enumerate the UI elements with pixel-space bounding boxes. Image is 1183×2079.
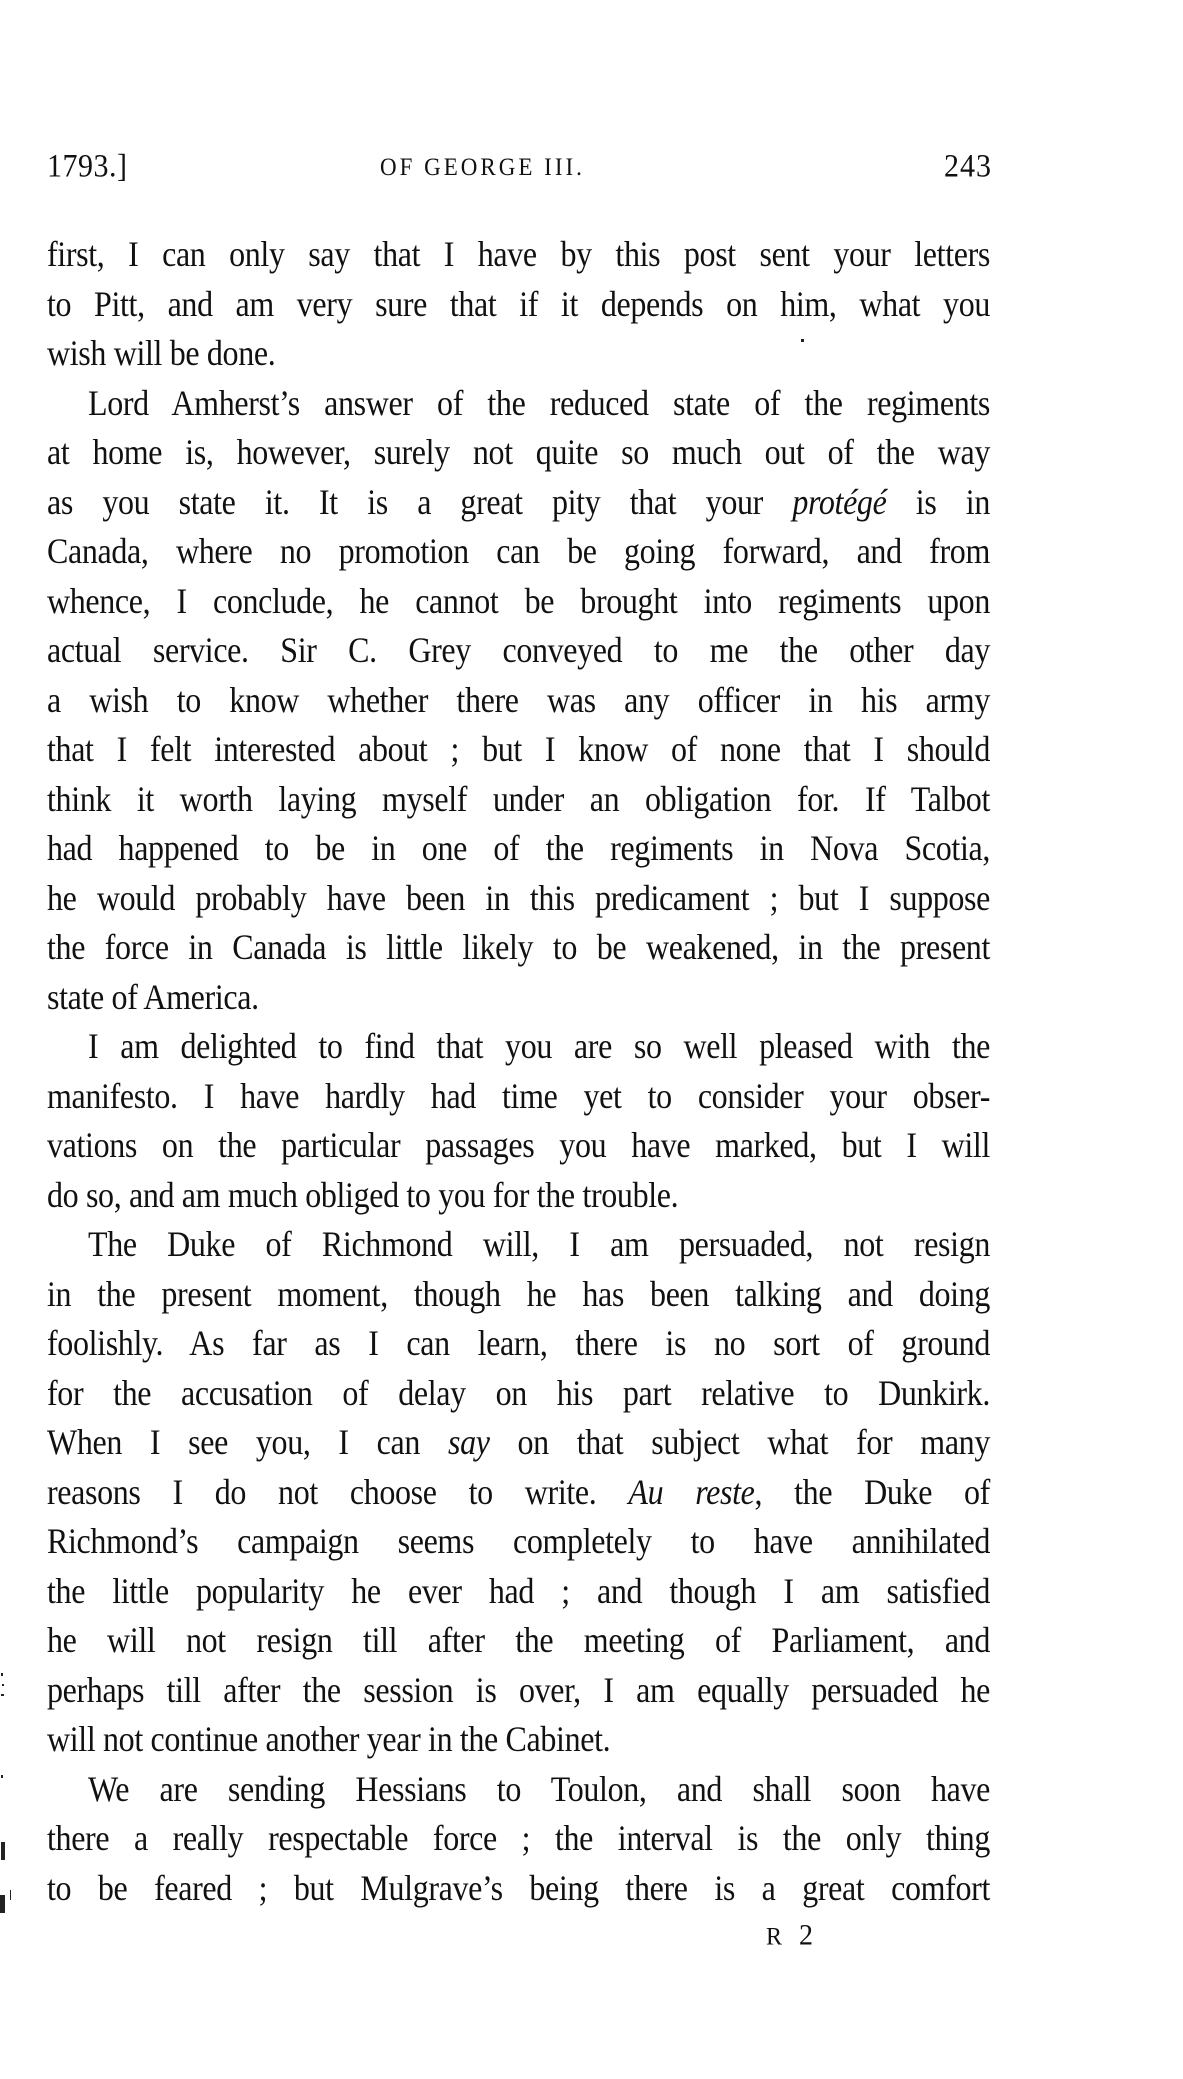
text-line: he will not resign till after the meetin… xyxy=(47,1613,990,1668)
running-head-year: 1793.] xyxy=(47,147,128,186)
text-segment: perhaps till after the session is over, … xyxy=(47,1669,990,1709)
text-line: actual service. Sir C. Grey conveyed to … xyxy=(47,623,990,678)
text-segment: Lord Amherst’s answer of the reduced sta… xyxy=(88,382,990,422)
text-segment: that I felt interested about ; but I kno… xyxy=(47,729,990,769)
text-segment: in the present moment, though he has bee… xyxy=(47,1273,990,1313)
italic-text: say xyxy=(448,1422,490,1462)
text-line: at home is, however, surely not quite so… xyxy=(47,425,990,480)
text-segment: at home is, however, surely not quite so… xyxy=(47,432,990,472)
scan-edge-mark xyxy=(1,1694,4,1696)
text-segment: for the accusation of delay on his part … xyxy=(47,1372,990,1412)
text-segment: he would probably have been in this pred… xyxy=(47,877,990,917)
text-line: perhaps till after the session is over, … xyxy=(47,1663,990,1718)
scan-edge-mark xyxy=(10,1890,11,1900)
text-segment: think it worth laying myself under an ob… xyxy=(47,778,990,818)
scan-edge-mark xyxy=(2,1684,4,1686)
book-page: 1793.] OF GEORGE III. 243 first, I can o… xyxy=(0,0,1183,2079)
signature-letter: R xyxy=(766,1923,783,1950)
signature-mark: R2 xyxy=(766,1917,814,1956)
text-line: as you state it. It is a great pity that… xyxy=(47,475,990,530)
text-line: Lord Amherst’s answer of the reduced sta… xyxy=(47,376,990,431)
body-text: first, I can only say that I have by thi… xyxy=(47,230,990,1913)
text-segment: I am delighted to find that you are so w… xyxy=(88,1026,990,1066)
text-segment: will not continue another year in the Ca… xyxy=(47,1719,610,1759)
text-line: in the present moment, though he has bee… xyxy=(47,1267,990,1322)
text-line: that I felt interested about ; but I kno… xyxy=(47,722,990,777)
text-segment: do so, and am much obliged to you for th… xyxy=(47,1174,678,1214)
text-segment: he will not resign till after the meetin… xyxy=(47,1620,990,1660)
text-segment: vations on the particular passages you h… xyxy=(47,1125,990,1165)
text-line: wish will be done. xyxy=(47,326,990,381)
text-line: will not continue another year in the Ca… xyxy=(47,1712,990,1767)
text-line: there a really respectable force ; the i… xyxy=(47,1811,990,1866)
text-line: We are sending Hessians to Toulon, and s… xyxy=(47,1762,990,1817)
text-segment: is in xyxy=(886,481,990,521)
scan-edge-mark xyxy=(1,1673,3,1676)
text-line: he would probably have been in this pred… xyxy=(47,871,990,926)
text-segment: on that subject what for many xyxy=(490,1422,990,1462)
text-segment: as you state it. It is a great pity that… xyxy=(47,481,792,521)
text-segment: the little popularity he ever had ; and … xyxy=(47,1570,990,1610)
text-line: state of America. xyxy=(47,970,990,1025)
text-segment: first, I can only say that I have by thi… xyxy=(47,234,990,274)
text-segment: foolishly. As far as I can learn, there … xyxy=(47,1323,990,1363)
text-line: do so, and am much obliged to you for th… xyxy=(47,1168,990,1223)
scan-edge-mark xyxy=(0,1895,5,1913)
text-segment: a wish to know whether there was any off… xyxy=(47,679,990,719)
text-segment: wish will be done. xyxy=(47,333,275,373)
text-segment: Canada, where no promotion can be going … xyxy=(47,531,990,571)
text-segment: We are sending Hessians to Toulon, and s… xyxy=(88,1768,990,1808)
text-line: had happened to be in one of the regimen… xyxy=(47,821,990,876)
text-line: whence, I conclude, he cannot be brought… xyxy=(47,574,990,629)
text-segment: state of America. xyxy=(47,976,259,1016)
text-line: manifesto. I have hardly had time yet to… xyxy=(47,1069,990,1124)
text-line: first, I can only say that I have by thi… xyxy=(47,227,990,282)
text-line: Richmond’s campaign seems completely to … xyxy=(47,1514,990,1569)
text-line: The Duke of Richmond will, I am persuade… xyxy=(47,1217,990,1272)
running-head-title: OF GEORGE III. xyxy=(380,150,585,185)
text-line: foolishly. As far as I can learn, there … xyxy=(47,1316,990,1371)
text-line: to Pitt, and am very sure that if it dep… xyxy=(47,277,990,332)
text-segment: to be feared ; but Mulgrave’s being ther… xyxy=(47,1867,990,1907)
italic-text: protégé xyxy=(792,481,886,521)
text-line: a wish to know whether there was any off… xyxy=(47,673,990,728)
italic-text: Au reste xyxy=(628,1471,754,1511)
scan-edge-mark xyxy=(1,1775,3,1778)
text-segment: to Pitt, and am very sure that if it dep… xyxy=(47,283,990,323)
text-segment: Richmond’s campaign seems completely to … xyxy=(47,1521,990,1561)
text-line: to be feared ; but Mulgrave’s being ther… xyxy=(47,1861,990,1916)
signature-number: 2 xyxy=(799,1919,814,1952)
text-line: I am delighted to find that you are so w… xyxy=(47,1019,990,1074)
text-segment: When I see you, I can xyxy=(47,1422,448,1462)
text-line: the force in Canada is little likely to … xyxy=(47,920,990,975)
text-line: for the accusation of delay on his part … xyxy=(47,1366,990,1421)
text-segment: the force in Canada is little likely to … xyxy=(47,927,990,967)
text-segment: , the Duke of xyxy=(755,1471,991,1511)
text-line: vations on the particular passages you h… xyxy=(47,1118,990,1173)
text-line: think it worth laying myself under an ob… xyxy=(47,772,990,827)
scan-speck xyxy=(801,339,804,342)
text-line: When I see you, I can say on that subjec… xyxy=(47,1415,990,1470)
text-line: the little popularity he ever had ; and … xyxy=(47,1564,990,1619)
page-number: 243 xyxy=(944,147,992,186)
text-line: Canada, where no promotion can be going … xyxy=(47,524,990,579)
text-segment: had happened to be in one of the regimen… xyxy=(47,828,990,868)
running-head: 1793.] OF GEORGE III. 243 xyxy=(47,150,992,186)
text-segment: there a really respectable force ; the i… xyxy=(47,1818,990,1858)
text-segment: manifesto. I have hardly had time yet to… xyxy=(47,1075,990,1115)
text-segment: reasons I do not choose to write. xyxy=(47,1471,628,1511)
text-segment: actual service. Sir C. Grey conveyed to … xyxy=(47,630,990,670)
scan-edge-mark xyxy=(1,1842,5,1860)
text-line: reasons I do not choose to write. Au res… xyxy=(47,1465,990,1520)
text-segment: whence, I conclude, he cannot be brought… xyxy=(47,580,990,620)
text-segment: The Duke of Richmond will, I am persuade… xyxy=(88,1224,990,1264)
